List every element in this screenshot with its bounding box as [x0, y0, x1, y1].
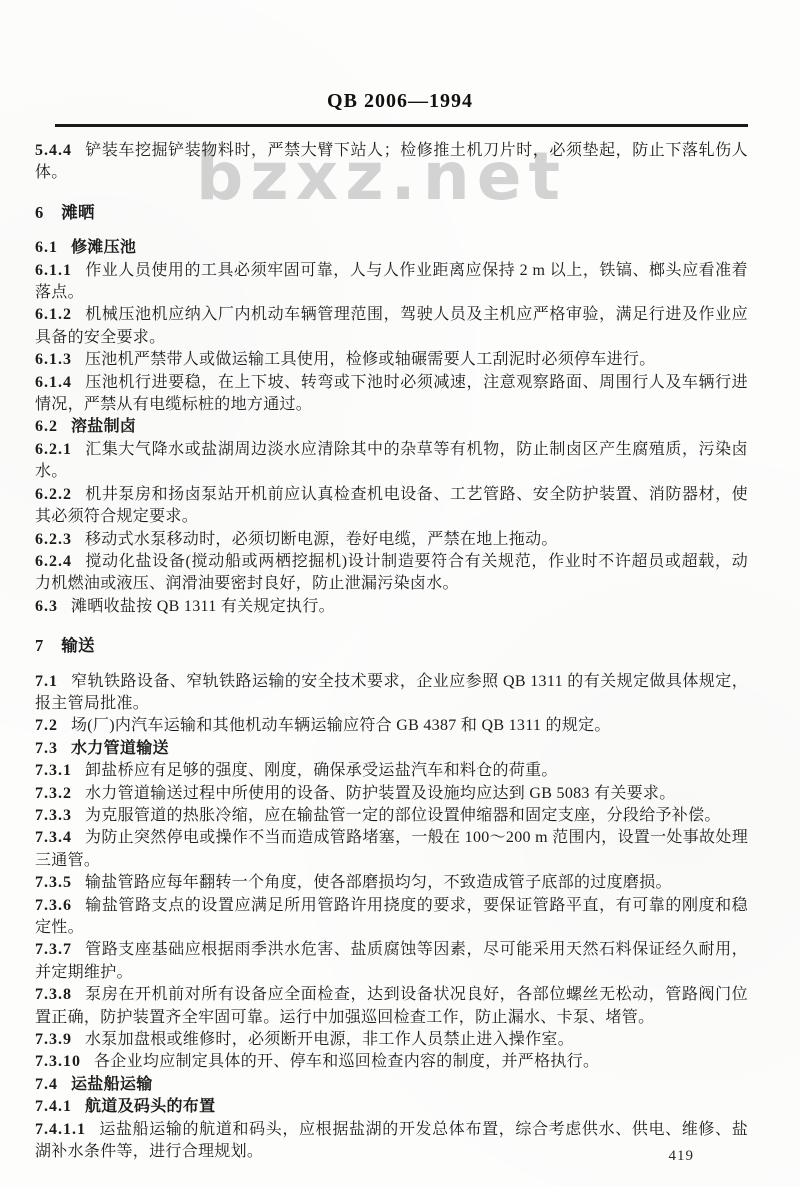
clause-text: 水泵加盘根或维修时，必须断开电源，非工作人员禁止进入操作室。	[85, 1031, 574, 1048]
clause-paragraph: 7.3.9水泵加盘根或维修时，必须断开电源，非工作人员禁止进入操作室。	[35, 1029, 748, 1051]
clause-paragraph: 7.3.7管路支座基础应根据雨季洪水危害、盐质腐蚀等因素，尽可能采用天然石料保证…	[35, 939, 748, 984]
clause-paragraph: 6.1.4压池机行进要稳，在上下坡、转弯或下池时必须减速，注意观察路面、周围行人…	[35, 372, 748, 417]
clause-text: 搅动化盐设备(搅动船或两栖挖掘机)设计制造要符合有关规范，作业时不许超员或超载，…	[35, 553, 748, 592]
clause-text: 滩晒	[61, 203, 95, 222]
clause-number: 7.3.1	[35, 762, 85, 779]
clause-text: 航道及码头的布置	[85, 1098, 215, 1115]
clause-number: 6.1.3	[35, 351, 85, 368]
clause-text: 输盐管路应每年翻转一个角度，使各部磨损均匀，不致造成管子底部的过度磨损。	[85, 874, 672, 891]
clause-text: 水力管道输送过程中所使用的设备、防护装置及设施均应达到 GB 5083 有关要求…	[85, 785, 676, 802]
clause-number: 7.3.5	[35, 874, 85, 891]
clause-text: 机井泵房和扬卤泵站开机前应认真检查机电设备、工艺管路、安全防护装置、消防器材，使…	[35, 486, 748, 525]
clause-number: 7.3	[35, 740, 71, 757]
clause-number: 7.3.4	[35, 829, 85, 846]
clause-paragraph: 7.1窄轨铁路设备、窄轨铁路运输的安全技术要求，企业应参照 QB 1311 的有…	[35, 671, 748, 716]
clause-paragraph: 6.1.3压池机严禁带人或做运输工具使用，检修或轴碾需要人工刮泥时必须停车进行。	[35, 349, 748, 371]
clause-text: 窄轨铁路设备、窄轨铁路运输的安全技术要求，企业应参照 QB 1311 的有关规定…	[35, 673, 748, 712]
clause-paragraph: 6.1.2机械压池机应纳入厂内机动车辆管理范围，驾驶人员及主机应严格审验，满足行…	[35, 304, 748, 349]
clause-number: 6.1	[35, 239, 71, 256]
clause-paragraph: 7.3.10各企业均应制定具体的开、停车和巡回检查内容的制度，并严格执行。	[35, 1051, 748, 1073]
clause-text: 汇集大气降水或盐湖周边淡水应清除其中的杂草等有机物，防止制卤区产生腐殖质，污染卤…	[35, 441, 748, 480]
clause-text: 输送	[61, 636, 95, 655]
clause-text: 管路支座基础应根据雨季洪水危害、盐质腐蚀等因素，尽可能采用天然石料保证经久耐用，…	[35, 941, 748, 980]
clause-paragraph: 6.2.1汇集大气降水或盐湖周边淡水应清除其中的杂草等有机物，防止制卤区产生腐殖…	[35, 439, 748, 484]
clause-paragraph: 7.3.6输盐管路支点的设置应满足所用管路许用挠度的要求，要保证管路平直，有可靠…	[35, 895, 748, 940]
clause-number: 7.3.10	[35, 1053, 94, 1070]
clause-number: 5.4.4	[35, 142, 85, 159]
clause-paragraph: 7.3.8泵房在开机前对所有设备应全面检查，达到设备状况良好，各部位螺丝无松动，…	[35, 984, 748, 1029]
clause-text: 运盐船运输	[71, 1076, 153, 1093]
clause-number: 7.2	[35, 717, 71, 734]
clause-text: 压池机严禁带人或做运输工具使用，检修或轴碾需要人工刮泥时必须停车进行。	[85, 351, 656, 368]
clause-number: 7.3.7	[35, 941, 85, 958]
clause-number: 7.3.6	[35, 897, 85, 914]
standard-number: QB 2006—1994	[0, 90, 800, 113]
clause-text: 溶盐制卤	[71, 418, 136, 435]
clause-number: 6.2.4	[35, 553, 85, 570]
clause-text: 作业人员使用的工具必须牢固可靠，人与人作业距离应保持 2 m 以上，铁镐、榔头应…	[35, 262, 748, 301]
clause-text: 运盐船运输的航道和码头，应根据盐湖的开发总体布置，综合考虑供水、供电、维修、盐湖…	[35, 1121, 748, 1160]
clause-paragraph: 7.4.1.1运盐船运输的航道和码头，应根据盐湖的开发总体布置，综合考虑供水、供…	[35, 1119, 748, 1164]
clause-paragraph: 7.3.1卸盐桥应有足够的强度、刚度，确保承受运盐汽车和料仓的荷重。	[35, 760, 748, 782]
clause-paragraph: 7.2场(厂)内汽车运输和其他机动车辆运输应符合 GB 4387 和 QB 13…	[35, 715, 748, 737]
document-page: bzxz.net QB 2006—1994 5.4.4铲装车挖掘铲装物料时，严禁…	[0, 0, 800, 1187]
clause-number: 6.2	[35, 418, 71, 435]
clause-text: 泵房在开机前对所有设备应全面检查，达到设备状况良好，各部位螺丝无松动，管路阀门位…	[35, 986, 748, 1025]
clause-number: 7.4.1.1	[35, 1121, 99, 1138]
clause-number: 6.3	[35, 598, 71, 615]
sub-heading: 6.2溶盐制卤	[35, 416, 748, 438]
clause-number: 6.1.2	[35, 306, 85, 323]
clause-paragraph: 6.2.2机井泵房和扬卤泵站开机前应认真检查机电设备、工艺管路、安全防护装置、消…	[35, 484, 748, 529]
clause-number: 7.3.9	[35, 1031, 85, 1048]
sub-heading: 6.1修滩压池	[35, 237, 748, 259]
clause-text: 移动式水泵移动时，必须切断电源，卷好电缆，严禁在地上拖动。	[85, 531, 558, 548]
clause-text: 压池机行进要稳，在上下坡、转弯或下池时必须减速，注意观察路面、周围行人及车辆行进…	[35, 374, 748, 413]
clause-number: 7.4.1	[35, 1098, 85, 1115]
clause-text: 场(厂)内汽车运输和其他机动车辆运输应符合 GB 4387 和 QB 1311 …	[71, 717, 611, 734]
clause-text: 各企业均应制定具体的开、停车和巡回检查内容的制度，并严格执行。	[94, 1053, 599, 1070]
clause-paragraph: 6.1.1作业人员使用的工具必须牢固可靠，人与人作业距离应保持 2 m 以上，铁…	[35, 260, 748, 305]
clause-paragraph: 5.4.4铲装车挖掘铲装物料时，严禁大臂下站人；检修推土机刀片时，必须垫起，防止…	[35, 140, 748, 185]
clause-text: 为克服管道的热胀冷缩，应在输盐管一定的部位设置伸缩器和固定支座，分段给予补偿。	[85, 807, 721, 824]
chapter-heading: 7输送	[35, 635, 748, 657]
clause-number: 6.1.1	[35, 262, 85, 279]
page-number: 419	[669, 1148, 695, 1165]
clause-paragraph: 7.3.3为克服管道的热胀冷缩，应在输盐管一定的部位设置伸缩器和固定支座，分段给…	[35, 805, 748, 827]
clause-paragraph: 6.2.3移动式水泵移动时，必须切断电源，卷好电缆，严禁在地上拖动。	[35, 529, 748, 551]
document-body: 5.4.4铲装车挖掘铲装物料时，严禁大臂下站人；检修推土机刀片时，必须垫起，防止…	[35, 140, 748, 1163]
sub-heading: 7.4.1航道及码头的布置	[35, 1096, 748, 1118]
clause-number: 7.3.2	[35, 785, 85, 802]
clause-paragraph: 6.2.4搅动化盐设备(搅动船或两栖挖掘机)设计制造要符合有关规范，作业时不许超…	[35, 551, 748, 596]
clause-number: 7.3.3	[35, 807, 85, 824]
clause-paragraph: 6.3滩晒收盐按 QB 1311 有关规定执行。	[35, 596, 748, 618]
clause-paragraph: 7.3.5输盐管路应每年翻转一个角度，使各部磨损均匀，不致造成管子底部的过度磨损…	[35, 872, 748, 894]
clause-text: 铲装车挖掘铲装物料时，严禁大臂下站人；检修推土机刀片时，必须垫起，防止下落轧伤人…	[35, 142, 748, 181]
clause-text: 水力管道输送	[71, 740, 169, 757]
clause-number: 7	[35, 636, 61, 655]
clause-text: 输盐管路支点的设置应满足所用管路许用挠度的要求，要保证管路平直，有可靠的刚度和稳…	[35, 897, 748, 936]
clause-number: 6.2.3	[35, 531, 85, 548]
clause-text: 机械压池机应纳入厂内机动车辆管理范围，驾驶人员及主机应严格审验，满足行进及作业应…	[35, 306, 748, 345]
header-rule	[55, 124, 748, 127]
clause-number: 6.2.1	[35, 441, 85, 458]
clause-number: 6.1.4	[35, 374, 85, 391]
clause-number: 6	[35, 203, 61, 222]
chapter-heading: 6滩晒	[35, 202, 748, 224]
clause-number: 7.3.8	[35, 986, 85, 1003]
clause-paragraph: 7.3.4为防止突然停电或操作不当而造成管路堵塞，一般在 100～200 m 范…	[35, 827, 748, 872]
clause-paragraph: 7.3.2水力管道输送过程中所使用的设备、防护装置及设施均应达到 GB 5083…	[35, 783, 748, 805]
clause-number: 7.4	[35, 1076, 71, 1093]
clause-text: 修滩压池	[71, 239, 136, 256]
sub-heading: 7.3水力管道输送	[35, 738, 748, 760]
clause-text: 为防止突然停电或操作不当而造成管路堵塞，一般在 100～200 m 范围内，设置…	[35, 829, 748, 868]
clause-number: 7.1	[35, 673, 71, 690]
page-header: QB 2006—1994	[0, 0, 800, 127]
clause-number: 6.2.2	[35, 486, 85, 503]
clause-text: 卸盐桥应有足够的强度、刚度，确保承受运盐汽车和料仓的荷重。	[85, 762, 558, 779]
sub-heading: 7.4运盐船运输	[35, 1074, 748, 1096]
clause-text: 滩晒收盐按 QB 1311 有关规定执行。	[71, 598, 335, 615]
